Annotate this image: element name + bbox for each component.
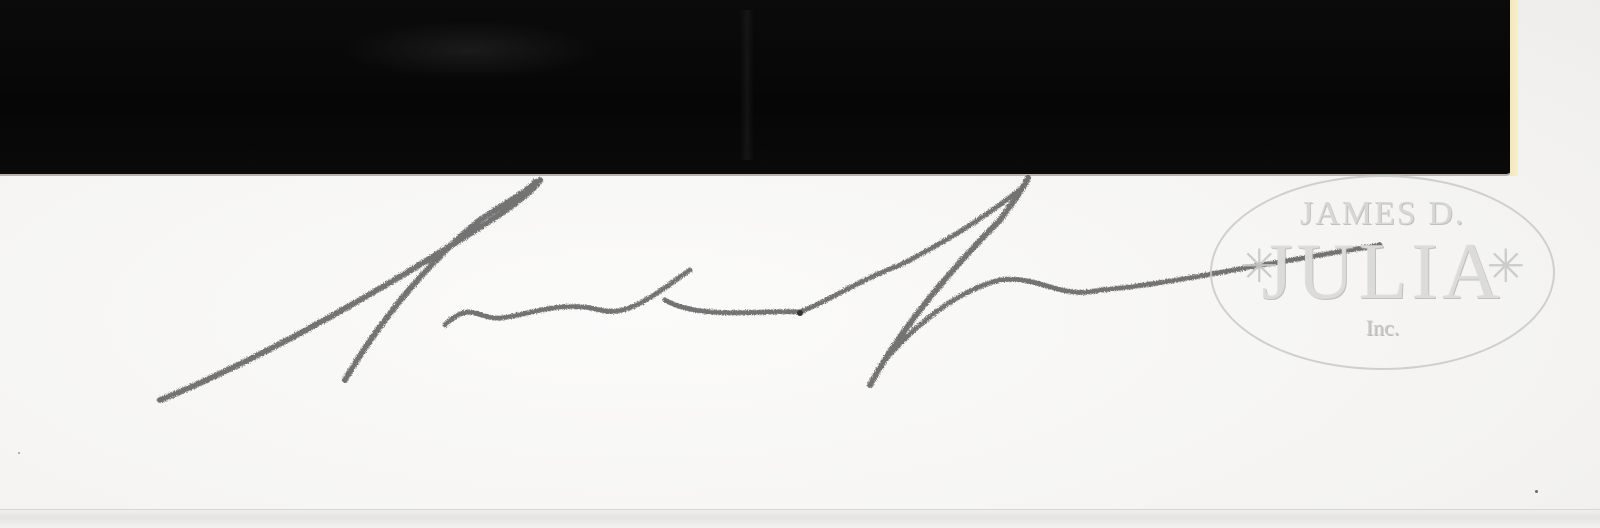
auction-house-watermark: JAMES D. ✳ JULIA ✳ Inc.: [1210, 175, 1555, 370]
sunburst-ornament-icon: ✳: [1486, 239, 1525, 293]
paper-speck: [1535, 490, 1538, 493]
watermark-line3: Inc.: [1212, 315, 1553, 341]
paper-bottom-edge: [0, 509, 1600, 528]
paper-speck: [18, 452, 20, 454]
